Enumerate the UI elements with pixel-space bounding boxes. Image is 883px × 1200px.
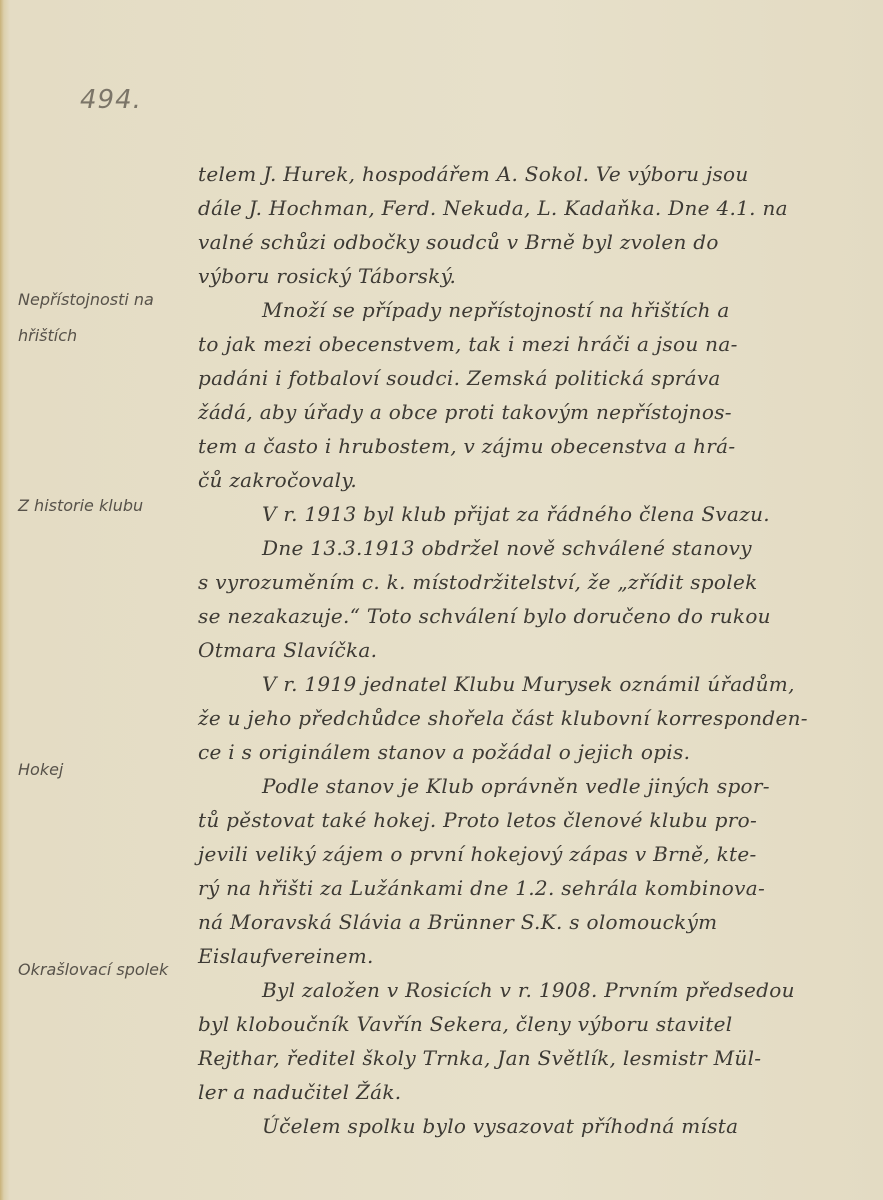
- text-line: Byl založen v Rosicích v r. 1908. Prvním…: [262, 978, 795, 1002]
- text-line: tů pěstovat také hokej. Proto letos člen…: [198, 808, 757, 832]
- text-line: dále J. Hochman, Ferd. Nekuda, L. Kadaňk…: [198, 196, 788, 220]
- text-line: ce i s originálem stanov a požádal o jej…: [198, 740, 690, 764]
- text-line: ná Moravská Slávia a Brünner S.K. s olom…: [198, 910, 717, 934]
- text-line: Dne 13.3.1913 obdržel nově schválené sta…: [262, 536, 752, 560]
- margin-note-club-history: Z historie klubu: [18, 488, 143, 524]
- text-line: valné schůzi odbočky soudců v Brně byl z…: [198, 230, 719, 254]
- text-line: Rejthar, ředitel školy Trnka, Jan Světlí…: [198, 1046, 761, 1070]
- text-line: to jak mezi obecenstvem, tak i mezi hráč…: [198, 332, 738, 356]
- text-line: Množí se případy nepřístojností na hřišt…: [262, 298, 730, 322]
- text-line: byl kloboučník Vavřín Sekera, členy výbo…: [198, 1012, 733, 1036]
- text-line: žádá, aby úřady a obce proti takovým nep…: [198, 400, 732, 424]
- text-line: výboru rosický Táborský.: [198, 264, 456, 288]
- text-line: se nezakazuje.“ Toto schválení bylo doru…: [198, 604, 771, 628]
- text-line: V r. 1913 byl klub přijat za řádného čle…: [262, 502, 770, 526]
- text-line: V r. 1919 jednatel Klubu Murysek oznámil…: [262, 672, 795, 696]
- text-line: jevili veliký zájem o první hokejový záp…: [198, 842, 757, 866]
- text-line: padáni i fotbaloví soudci. Zemská politi…: [198, 366, 721, 390]
- text-line: že u jeho předchůdce shořela část klubov…: [198, 706, 808, 730]
- text-line: tem a často i hrubostem, v zájmu obecens…: [198, 434, 735, 458]
- page-number: 494.: [80, 85, 142, 115]
- text-line: Účelem spolku bylo vysazovat příhodná mí…: [262, 1114, 738, 1138]
- margin-note-hockey: Hokej: [18, 752, 63, 788]
- text-line: čů zakročovaly.: [198, 468, 357, 492]
- text-line: rý na hřišti za Lužánkami dne 1.2. sehrá…: [198, 876, 765, 900]
- text-line: ler a nadučitel Žák.: [198, 1080, 401, 1104]
- margin-note-beautification-society: Okrašlovací spolek: [18, 952, 168, 988]
- ledger-page: 494. Nepřístojnosti na hřištích Z histor…: [0, 0, 883, 1200]
- text-line: Podle stanov je Klub oprávněn vedle jiný…: [262, 774, 770, 798]
- text-line: Otmara Slavíčka.: [198, 638, 377, 662]
- text-line: Eislaufvereinem.: [198, 944, 374, 968]
- text-line: s vyrozuměním c. k. místodržitelství, že…: [198, 570, 758, 594]
- text-line: telem J. Hurek, hospodářem A. Sokol. Ve …: [198, 162, 749, 186]
- margin-note-misconduct: Nepřístojnosti na hřištích: [18, 282, 154, 354]
